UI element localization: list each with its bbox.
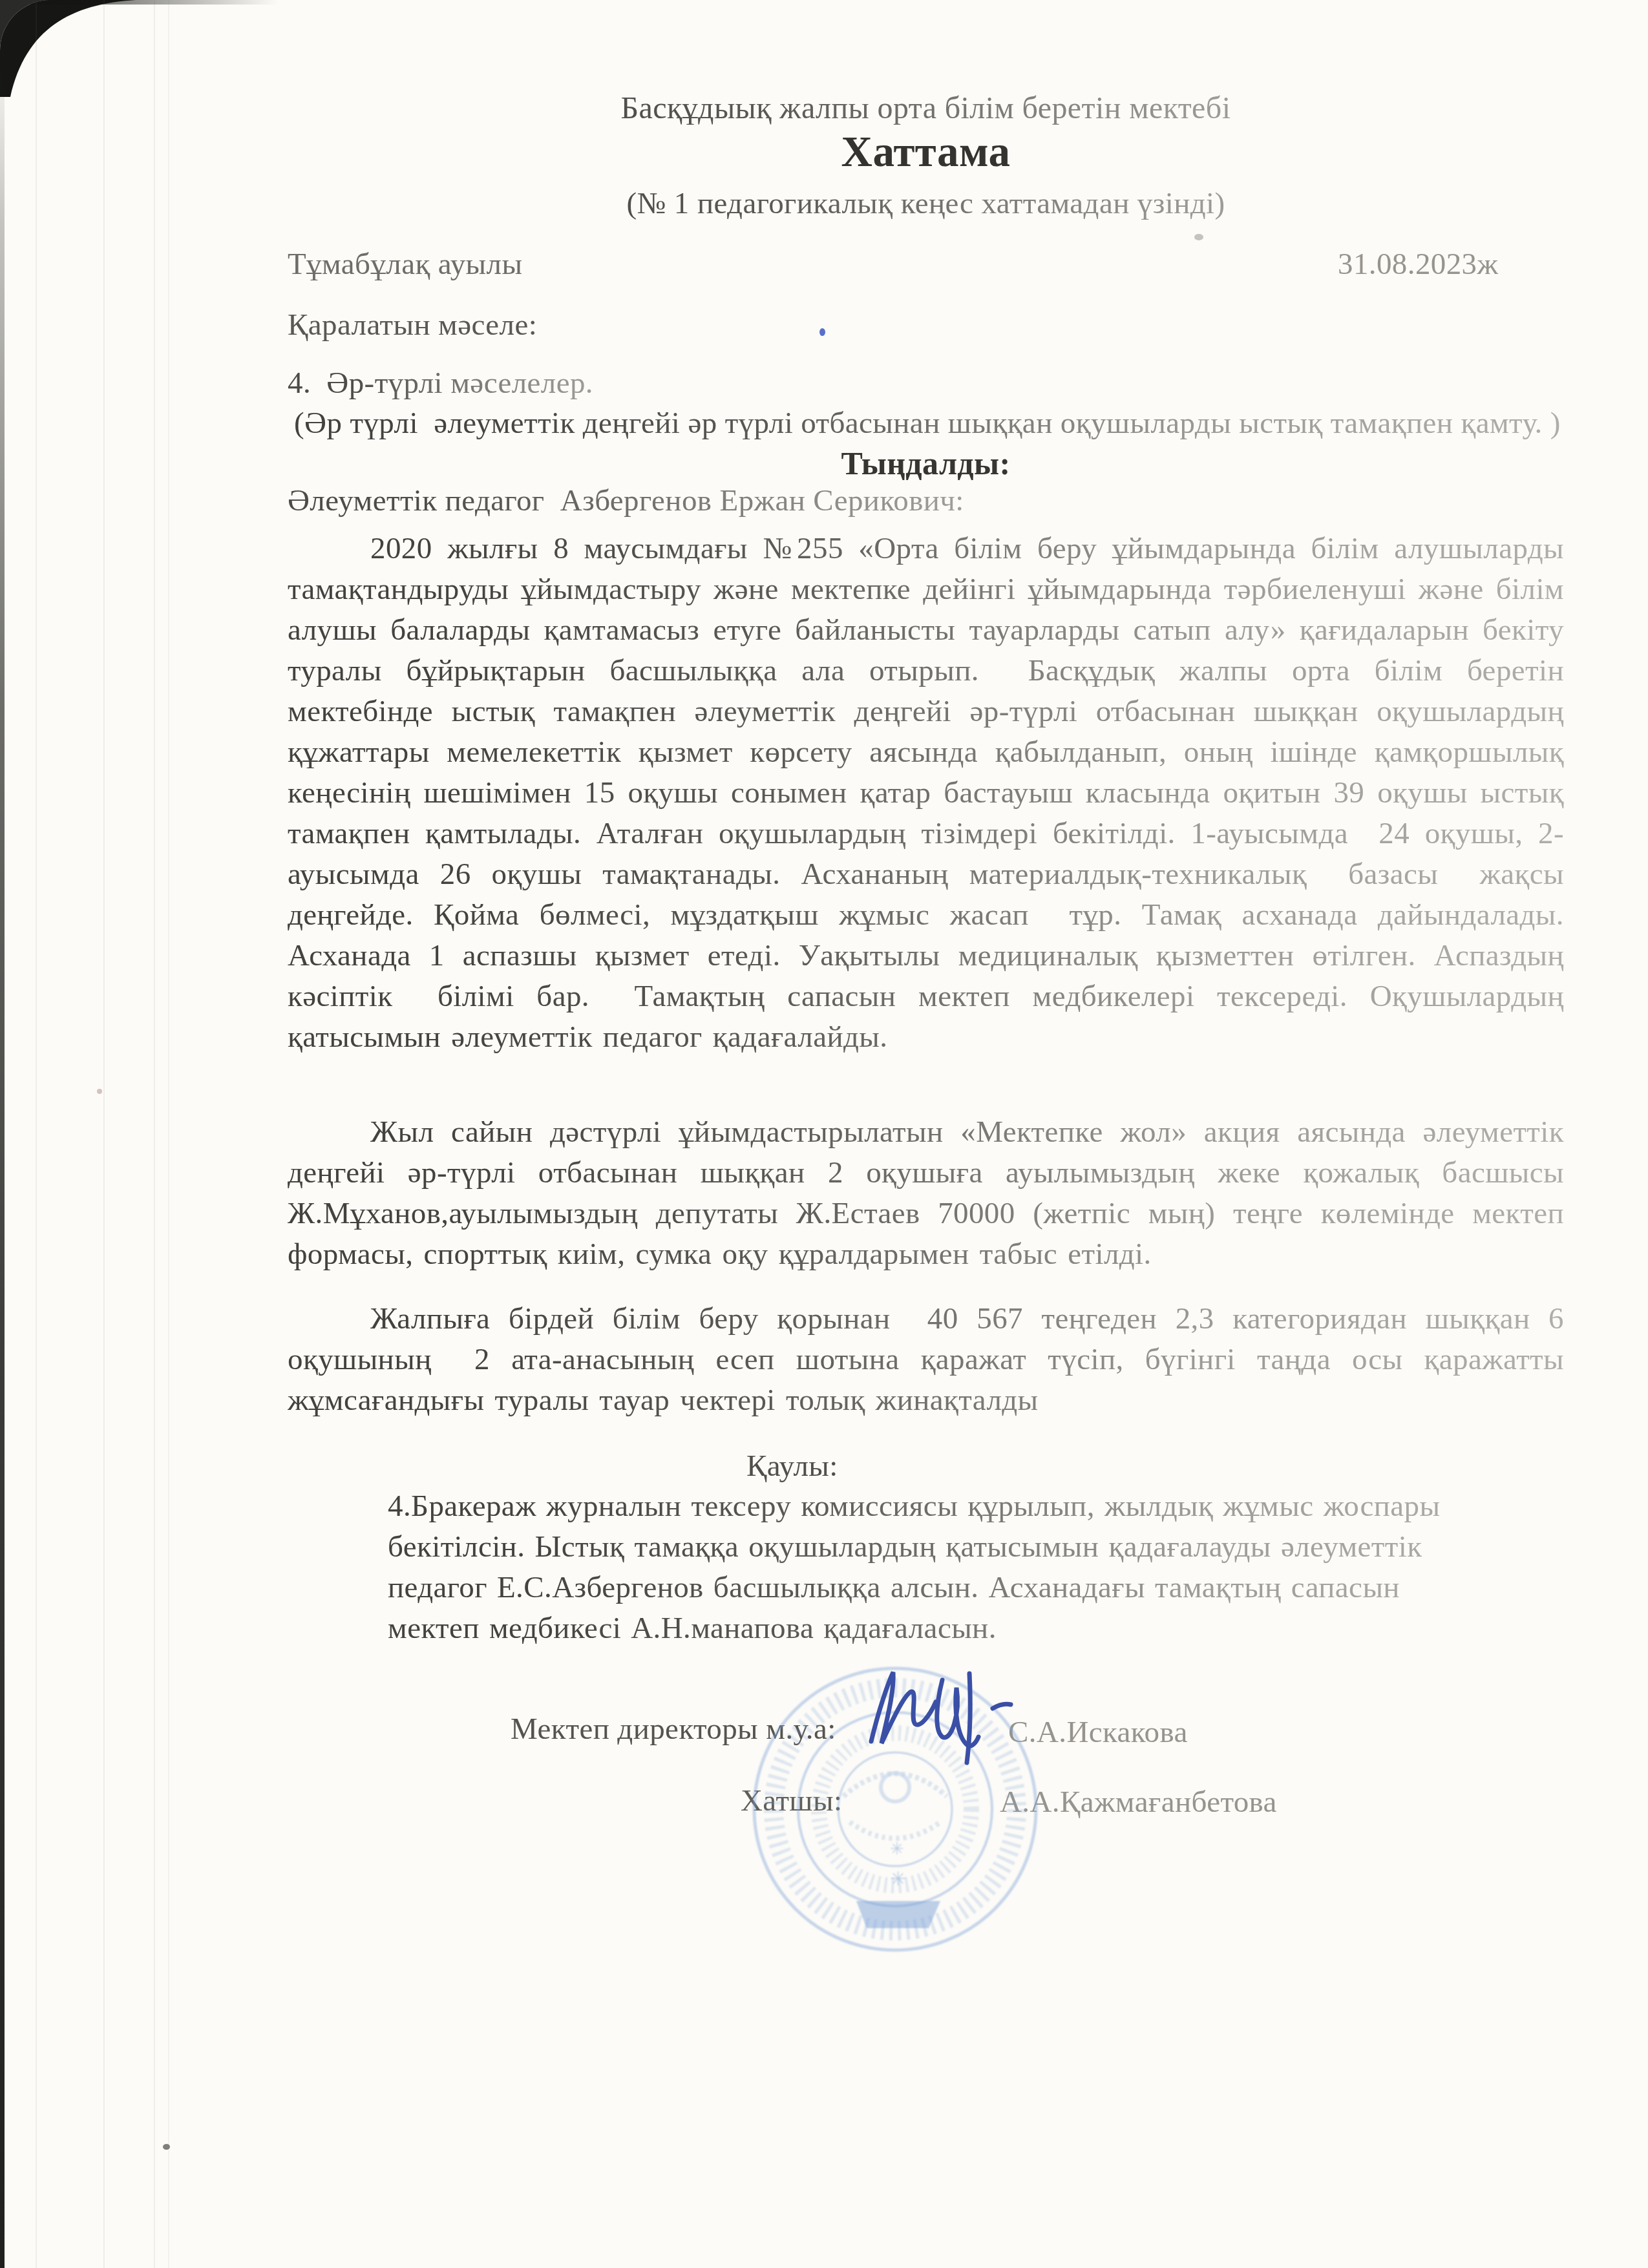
resolution-paragraph: 4.Бракераж журналын тексеру комиссиясы қ…: [388, 1486, 1496, 1649]
agenda-label: Қаралатын мәселе:: [288, 305, 537, 346]
ink-speck-gray: [97, 1089, 102, 1094]
body-paragraph-1: 2020 жылғы 8 маусымдағы №255 «Орта білім…: [288, 529, 1564, 1058]
director-signature-ink-icon: [860, 1654, 1028, 1777]
document-subtitle: (№ 1 педагогикалық кеңес хаттамадан үзін…: [288, 184, 1564, 224]
ink-speck-gray: [1194, 234, 1203, 240]
svg-text:✳: ✳: [890, 1840, 904, 1858]
scan-top-edge: [0, 0, 278, 5]
scanned-document-page: Басқұдыық жалпы орта білім беретін мекте…: [0, 0, 1648, 2268]
document-title: Хаттама: [288, 124, 1564, 180]
scan-left-edge: [0, 45, 5, 2268]
scan-line-artifact: [36, 0, 37, 2268]
speaker-line: Әлеуметтік педагог Азбергенов Ержан Сери…: [288, 481, 964, 521]
scan-line-artifact: [154, 0, 155, 2268]
heard-heading: Тыңдалды:: [288, 443, 1564, 484]
scan-line-artifact: [168, 0, 169, 2268]
scan-line-artifact: [103, 0, 105, 2268]
svg-text:✳: ✳: [890, 1869, 906, 1890]
school-name-line: Басқұдыық жалпы орта білім беретін мекте…: [288, 88, 1564, 129]
body-paragraph-2: Жыл сайын дәстүрлі ұйымдастырылатын «Мек…: [288, 1112, 1564, 1275]
place-name: Тұмабұлақ ауылы: [288, 244, 522, 285]
ink-speck-blue: [819, 328, 825, 336]
ink-speck-dark: [163, 2144, 170, 2150]
agenda-note: (Әр түрлі әлеуметтік деңгейі әр түрлі от…: [294, 403, 1564, 444]
resolution-heading: Қаулы:: [746, 1446, 838, 1487]
agenda-item: 4. Әр-түрлі мәселелер.: [288, 363, 593, 404]
body-paragraph-3: Жалпыға бірдей білім беру қорынан 40 567…: [288, 1299, 1564, 1421]
document-date: 31.08.2023ж: [1338, 244, 1498, 285]
